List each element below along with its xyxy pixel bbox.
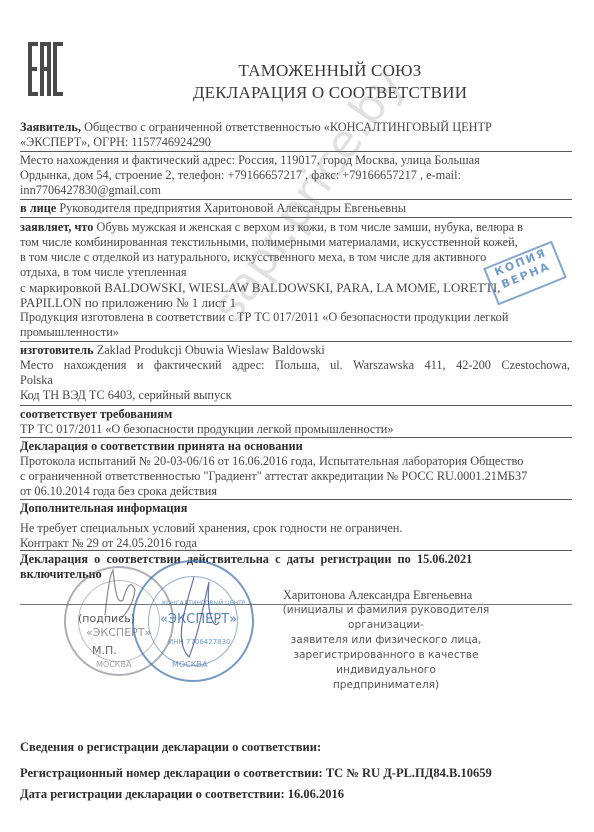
divider (20, 437, 572, 438)
divider (20, 499, 572, 500)
registration-date-label: Дата регистрации декларации о соответств… (20, 787, 288, 801)
seal-label: М.П. (92, 644, 117, 657)
caption-line: предпринимателя) (258, 678, 514, 693)
production-standard: промышленности» (20, 325, 570, 340)
basis-section: Декларация о соответствии принята на осн… (20, 439, 570, 499)
divider (20, 405, 572, 406)
appendix-ref: PAPILLON по приложению № 1 лист 1 (20, 295, 570, 310)
additional-text: Не требует специальных условий хранения,… (20, 521, 570, 536)
production-standard: Продукция изготовлена в соответствии с Т… (20, 310, 570, 325)
basis-text: с ограниченной ответственностью "Градиен… (20, 469, 570, 484)
additional-section: Дополнительная информация Не требует спе… (20, 501, 570, 551)
title-declaration: ДЕКЛАРАЦИЯ О СООТВЕТСТВИИ (150, 82, 510, 104)
requirements-label: соответствует требованиям (20, 407, 172, 421)
seal-city: МОСКВА (96, 660, 131, 669)
contract-text: Контракт № 29 от 24.05.2016 года (20, 536, 570, 551)
registration-section: Сведения о регистрации декларации о соот… (20, 740, 570, 802)
signature-icon (95, 565, 145, 625)
signature-scribble-icon (164, 572, 224, 662)
divider (20, 341, 572, 342)
basis-label: Декларация о соответствии принята на осн… (20, 439, 303, 453)
signatory-name: Харитонова Александра Евгеньевна (283, 588, 472, 603)
applicant-name: Общество с ограниченной ответственностью… (81, 120, 492, 134)
requirements-section: соответствует требованиям ТР ТС 017/2011… (20, 407, 570, 437)
title-customs-union: ТАМОЖЕННЫЙ СОЮЗ (150, 60, 510, 82)
applicant-section: Заявитель, Общество с ограниченной ответ… (20, 120, 570, 150)
manufacturer-name: Zaklad Produkcji Obuwia Wieslaw Baldowsk… (94, 343, 325, 357)
manufacturer-address: Место нахождения и фактический адрес: По… (20, 358, 570, 373)
caption-line: (инициалы и фамилия руководителя организ… (258, 603, 514, 633)
additional-label: Дополнительная информация (20, 501, 187, 515)
basis-text: от 06.10.2014 года без срока действия (20, 484, 570, 499)
signatory-caption: (инициалы и фамилия руководителя организ… (258, 603, 514, 693)
hs-code: Код ТН ВЭД ТС 6403, серийный выпуск (20, 388, 570, 403)
validity-text: Декларация о соответствии действительна … (20, 552, 472, 566)
divider (20, 151, 572, 152)
requirements-text: ТР ТС 017/2011 «О безопасности продукции… (20, 422, 570, 437)
eac-mark-icon (28, 42, 62, 96)
document-title: ТАМОЖЕННЫЙ СОЮЗ ДЕКЛАРАЦИЯ О СООТВЕТСТВИ… (150, 60, 510, 104)
registration-title: Сведения о регистрации декларации о соот… (20, 740, 321, 754)
brand-marking: с маркировкой BALDOWSKI, WIESLAW BALDOWS… (20, 280, 570, 295)
registration-number-label: Регистрационный номер декларации о соотв… (20, 766, 326, 780)
represented-label: в лице (20, 201, 56, 215)
company-seal-blue: КОНСАЛТИНГОВЫЙ ЦЕНТР «ЭКСПЕРТ» ИНН 77064… (132, 560, 254, 682)
caption-line: зарегистрированного в качестве индивидуа… (258, 648, 514, 678)
applicant-ogrn: «ЭКСПЕРТ», ОГРН: 1157746924290 (20, 135, 570, 150)
basis-text: Протокола испытаний № 20-03-06/16 от 16.… (20, 454, 570, 469)
declares-label: заявляет, что (20, 220, 93, 234)
manufacturer-address: Polska (20, 373, 570, 388)
manufacturer-label: изготовитель (20, 343, 94, 357)
registration-number: ТС № RU Д-PL.ПД84.В.10659 (326, 766, 492, 780)
representative-name: Руководителя предприятия Харитоновой Але… (56, 201, 406, 215)
registration-date: 16.06.2016 (288, 787, 344, 801)
divider (20, 550, 572, 551)
manufacturer-section: изготовитель Zaklad Produkcji Obuwia Wie… (20, 343, 570, 403)
applicant-label: Заявитель, (20, 120, 81, 134)
caption-line: заявителя или физического лица, (258, 633, 514, 648)
